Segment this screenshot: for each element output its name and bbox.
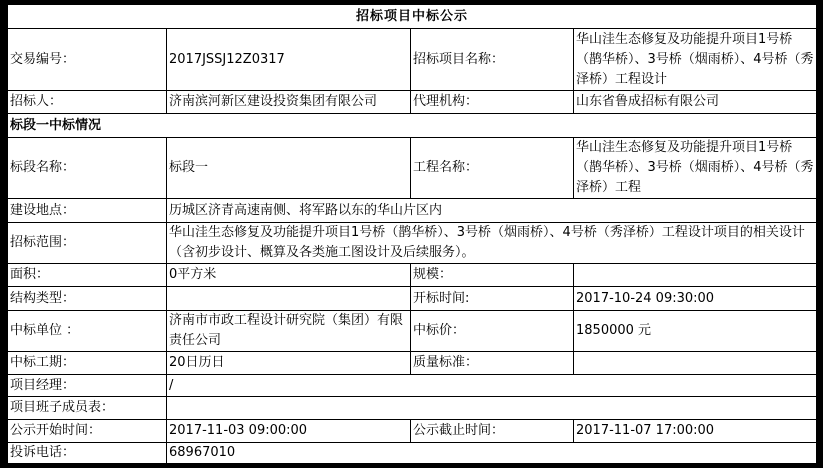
manager-label: 项目经理： bbox=[8, 375, 167, 397]
structure-type-label: 结构类型： bbox=[8, 287, 167, 311]
bid-result-table: 招标项目中标公示 交易编号： 2017JSSJ12Z0317 招标项目名称： 华… bbox=[7, 4, 817, 464]
scale-value bbox=[574, 264, 817, 287]
publicity-start-value: 2017-11-03 09:00:00 bbox=[167, 420, 411, 443]
agency-value: 山东省鲁成招标有限公司 bbox=[574, 91, 817, 114]
area-value: 0平方米 bbox=[167, 264, 411, 287]
publicity-end-label: 公示截止时间： bbox=[411, 420, 574, 443]
publicity-end-value: 2017-11-07 17:00:00 bbox=[574, 420, 817, 443]
transaction-no-value: 2017JSSJ12Z0317 bbox=[167, 29, 411, 91]
publicity-start-label: 公示开始时间： bbox=[8, 420, 167, 443]
team-table-value bbox=[167, 397, 817, 420]
project-name-value: 华山洼生态修复及功能提升项目1号桥（鹊华桥）、3号桥（烟雨桥）、4号桥（秀泽桥）… bbox=[574, 29, 817, 91]
page-title: 招标项目中标公示 bbox=[8, 5, 817, 29]
price-label: 中标价： bbox=[411, 311, 574, 352]
section-name-label: 标段名称： bbox=[8, 138, 167, 199]
tenderer-value: 济南滨河新区建设投资集团有限公司 bbox=[167, 91, 411, 114]
winner-value: 济南市市政工程设计研究院（集团）有限责任公司 bbox=[167, 311, 411, 352]
complaint-phone-value: 68967010 bbox=[167, 443, 817, 464]
scope-value: 华山洼生态修复及功能提升项目1号桥（鹊华桥）、3号桥（烟雨桥）、4号桥（秀泽桥）… bbox=[167, 223, 817, 264]
quality-standard-value bbox=[574, 352, 817, 375]
opening-time-value: 2017-10-24 09:30:00 bbox=[574, 287, 817, 311]
manager-value: / bbox=[167, 375, 817, 397]
duration-value: 20日历日 bbox=[167, 352, 411, 375]
price-value: 1850000 元 bbox=[574, 311, 817, 352]
section-header: 标段一中标情况 bbox=[8, 114, 817, 138]
project-name-label: 招标项目名称： bbox=[411, 29, 574, 91]
opening-time-label: 开标时间: bbox=[411, 287, 574, 311]
work-name-label: 工程名称： bbox=[411, 138, 574, 199]
quality-standard-label: 质量标准： bbox=[411, 352, 574, 375]
winner-label: 中标单位 ： bbox=[8, 311, 167, 352]
complaint-phone-label: 投诉电话： bbox=[8, 443, 167, 464]
scope-label: 招标范围： bbox=[8, 223, 167, 264]
team-table-label: 项目班子成员表： bbox=[8, 397, 167, 420]
work-name-value: 华山洼生态修复及功能提升项目1号桥（鹊华桥）、3号桥（烟雨桥）、4号桥（秀泽桥）… bbox=[574, 138, 817, 199]
location-label: 建设地点： bbox=[8, 199, 167, 223]
location-value: 历城区济青高速南侧、将军路以东的华山片区内 bbox=[167, 199, 817, 223]
duration-label: 中标工期： bbox=[8, 352, 167, 375]
scale-label: 规模： bbox=[411, 264, 574, 287]
tenderer-label: 招标人： bbox=[8, 91, 167, 114]
page-frame: 招标项目中标公示 交易编号： 2017JSSJ12Z0317 招标项目名称： 华… bbox=[0, 0, 823, 468]
agency-label: 代理机构： bbox=[411, 91, 574, 114]
section-name-value: 标段一 bbox=[167, 138, 411, 199]
structure-type-value bbox=[167, 287, 411, 311]
area-label: 面积： bbox=[8, 264, 167, 287]
transaction-no-label: 交易编号： bbox=[8, 29, 167, 91]
